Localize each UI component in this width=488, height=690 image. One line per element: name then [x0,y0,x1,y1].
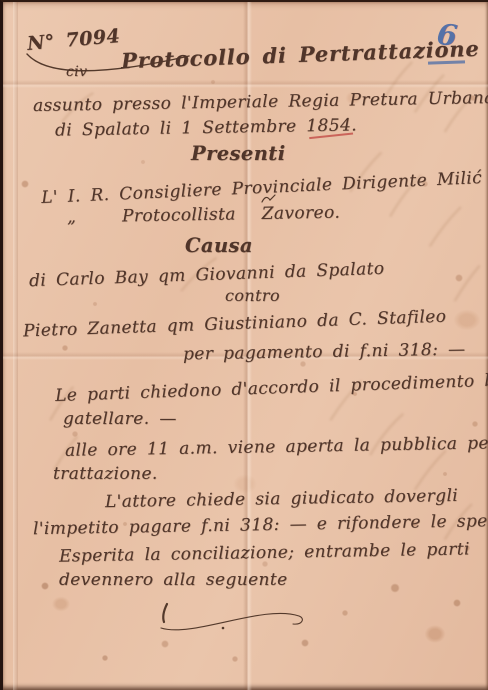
fold-crease-horizontal-top [3,80,488,88]
ditto-mark: „ [67,207,77,227]
intro-line: assunto presso l'Imperiale Regia Pretura… [33,88,488,116]
place-date-line: di Spalato li 1 Settembre 1854. [55,115,357,140]
manuscript-line: Esperita la conciliazione; entrambe le p… [59,539,470,566]
place-date-text: di Spalato li 1 Settembre [55,116,297,140]
manuscript-line: L'attore chiede sia giudicato dovergli [105,486,458,512]
manuscript-line: Le parti chiedono d'accordo il procedime… [55,370,488,406]
claim-line: per pagamento di f.ni 318: — [183,340,466,365]
closing-flourish [153,598,313,640]
heading-presenti: Presenti [191,142,286,165]
clerk-name: Zavoreo. [261,203,340,224]
scan-edge-band [13,2,18,690]
date-year: 1854. [306,115,357,136]
manuscript-line: alle ore 11 a.m. viene aperta la pubblic… [65,433,488,461]
heading-causa: Causa [185,234,253,257]
versus-line: contro [225,286,280,305]
insertion-mark [261,193,277,203]
clerk-role: Protocollista [122,204,236,226]
manuscript-page: N° 7094 civ 6 Protocollo di Pertrattazio… [0,0,488,690]
manuscript-line: devennero alla seguente [59,570,288,590]
present-clerk-line: „ Protocollista Zavoreo. [67,203,340,228]
defendant-line: Pietro Zanetta qm Giustiniano da C. Staf… [23,307,447,342]
protocol-number-note: civ [66,64,87,80]
document-title: Protocollo di Pertrattazione [121,36,480,73]
manuscript-line: l'impetito pagare f.ni 318: — e rifonder… [33,511,488,539]
manuscript-line: trattazione. [53,464,158,484]
plaintiff-line: di Carlo Bay qm Giovanni da Spalato [29,259,385,291]
manuscript-line: gatellare. — [63,409,177,429]
